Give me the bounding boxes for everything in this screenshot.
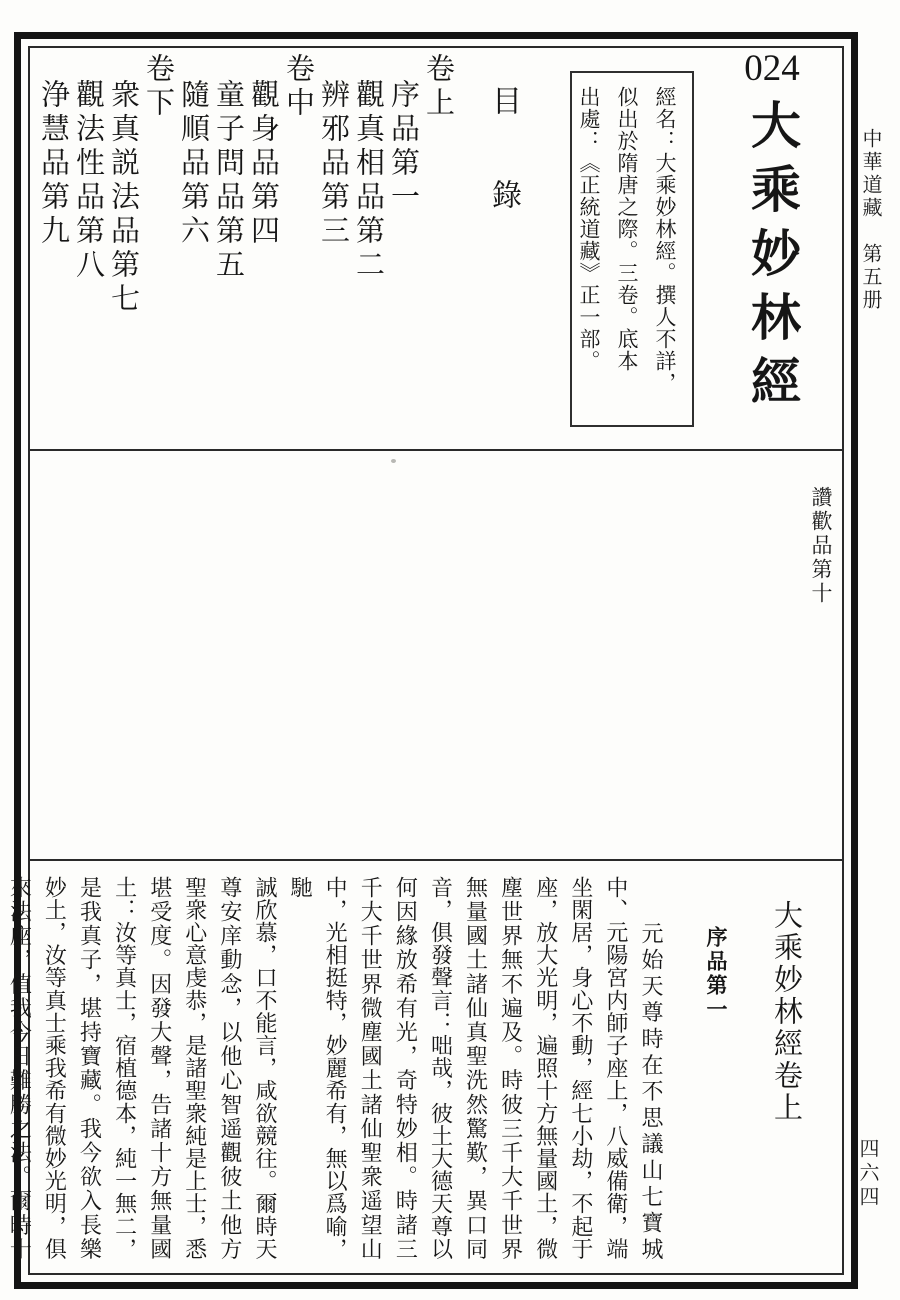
toc-item-volume-upper: 卷上 — [420, 53, 455, 445]
body-column: 千大千世界微塵國土諸仙聖衆遥望山 — [353, 876, 388, 1260]
toc-heading: 目 錄 — [481, 85, 525, 226]
body-column: 誠欣慕，口不能言，咸欲競往。爾時天 — [248, 876, 283, 1260]
toc-item: 衆真説法品第七 — [105, 53, 140, 445]
toc-item: 童子問品第五 — [210, 53, 245, 445]
body-column: 中、元陽宮内師子座上，八威備衛，端 — [599, 876, 634, 1260]
toc-item: 觀身品第四 — [245, 53, 280, 445]
body-column: 何因緣放希有光，奇特妙相。時諸三 — [388, 876, 423, 1260]
series-running-head: 中華道藏 第五册 — [856, 128, 885, 312]
scan-artifact-dot — [391, 459, 396, 463]
note-line: 似出於隋唐之際。三卷。底本 — [608, 86, 646, 412]
catalog-number: 024 — [738, 50, 806, 87]
note-line: 出處：《正統道藏》正一部。 — [570, 86, 608, 412]
section-divider-bottom — [29, 859, 843, 861]
chapter-title: 大乘妙林經卷上 — [766, 900, 807, 1124]
toc-item: 浄慧品第九 — [35, 53, 70, 445]
body-column: 妙土，汝等真士乘我希有微妙光明，俱 — [37, 876, 72, 1260]
scanned-scripture-page: 中華道藏 第五册 四六四 024 大乘妙林經 經名：大乘妙林經。撰人不詳， 似出… — [0, 0, 900, 1300]
body-column: 塵世界無不遍及。時彼三千大千世界 — [494, 876, 529, 1260]
toc-item: 觀真相品第二 — [350, 53, 385, 445]
toc-item: 隨順品第六 — [175, 53, 210, 445]
body-column: 尊安庠動念，以他心智遥觀彼土他方 — [213, 876, 248, 1260]
scripture-title: 大乘妙林經 — [744, 99, 799, 419]
body-column: 無量國土諸仙真聖洗然驚歎，異口同 — [458, 876, 493, 1260]
body-column: 是我真子，堪持寶藏。我今欲入長樂 — [72, 876, 107, 1260]
section-heading: 序品第一 — [701, 926, 731, 1022]
body-column: 座，放大光明，遍照十方無量國土，微 — [529, 876, 564, 1260]
toc-item-volume-middle: 卷中 — [280, 53, 315, 445]
toc-item-volume-lower: 卷下 — [140, 53, 175, 445]
toc-item: 辨邪品第三 — [315, 53, 350, 445]
toc-item: 序品第一 — [385, 53, 420, 445]
table-of-contents: 卷上 序品第一 觀真相品第二 辨邪品第三 卷中 觀身品第四 童子問品第五 隨順品… — [35, 53, 455, 445]
body-column: 堪受度。因發大聲，告諸十方無量國 — [143, 876, 178, 1260]
body-column: 音，俱發聲言：咄哉，彼土大德天尊以 — [423, 876, 458, 1260]
body-column: 元始天尊時在不思議山七寶城 — [634, 876, 669, 1260]
body-column: 中，光相挺特，妙麗希有，無以爲喻，馳 — [283, 876, 353, 1260]
bibliographic-note-text: 經名：大乘妙林經。撰人不詳， 似出於隋唐之際。三卷。底本 出處：《正統道藏》正一… — [572, 73, 692, 425]
toc-item: 觀法性品第八 — [70, 53, 105, 445]
body-column: 聖衆心意虔恭，是諸聖衆純是上士，悉 — [178, 876, 213, 1260]
bibliographic-note-box: 經名：大乘妙林經。撰人不詳， 似出於隋唐之際。三卷。底本 出處：《正統道藏》正一… — [570, 71, 694, 427]
toc-continued-item: 讚歡品第十 — [806, 486, 836, 606]
body-column: 坐閑居，身心不動，經七小劫，不起于 — [564, 876, 599, 1260]
page-number: 四六四 — [853, 1138, 882, 1210]
scripture-body: 元始天尊時在不思議山七寶城 中、元陽宮内師子座上，八威備衛，端 坐閑居，身心不動… — [36, 876, 669, 1260]
body-column: 來法座，值我今日難勝之法。爾時十 — [2, 876, 37, 1260]
body-column: 土：汝等真士，宿植德本，純一無二， — [108, 876, 143, 1260]
note-line: 經名：大乘妙林經。撰人不詳， — [646, 86, 684, 412]
section-divider-top — [29, 449, 843, 451]
